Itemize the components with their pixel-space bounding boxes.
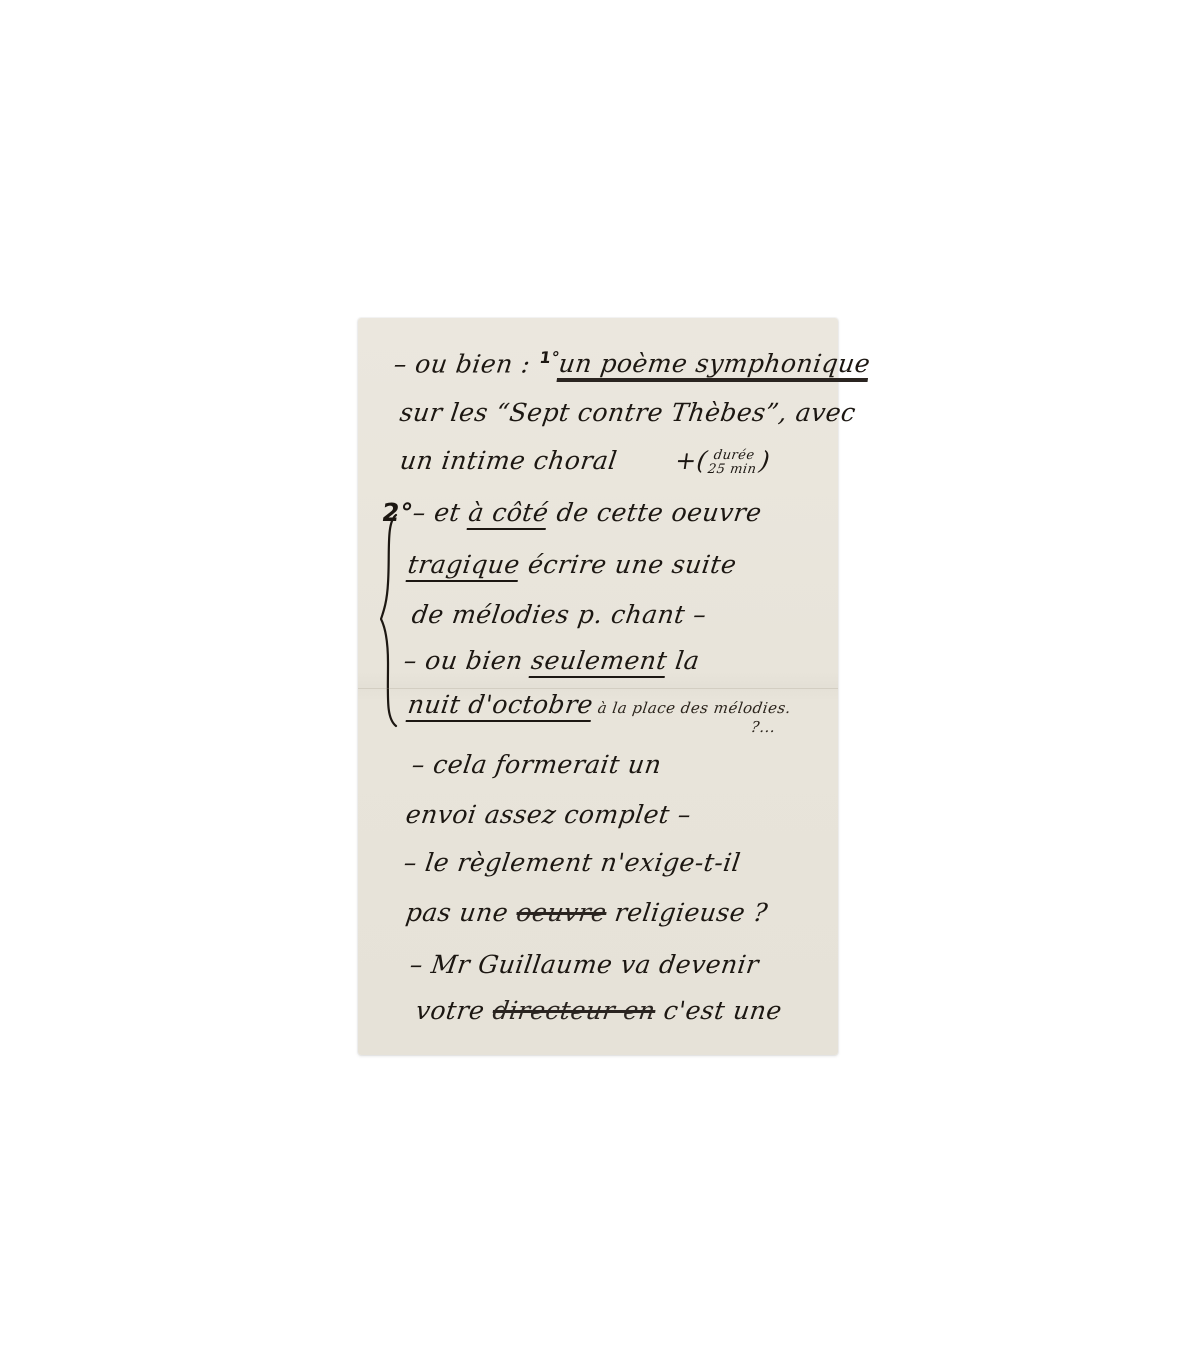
line-3-text: un intime choral bbox=[398, 446, 619, 475]
item-marker-1: 1° bbox=[538, 348, 561, 367]
line-5: tragique écrire une suite bbox=[406, 550, 738, 579]
line-13: – Mr Guillaume va devenir bbox=[408, 950, 761, 979]
line-8-margin-note: à la place des mélodies. bbox=[591, 699, 792, 717]
line-9: – cela formerait un bbox=[410, 750, 663, 779]
line-1: – ou bien : 1°un poème symphonique bbox=[392, 348, 872, 378]
curly-brace-mark bbox=[380, 513, 398, 728]
line-8: nuit d'octobre à la place des mélodies. bbox=[406, 690, 794, 719]
line-7-underlined: seulement bbox=[529, 646, 669, 678]
line-12: pas une oeuvre religieuse ? bbox=[404, 898, 770, 927]
line-10: envoi assez complet – bbox=[404, 800, 693, 829]
letter-page: – ou bien : 1°un poème symphonique sur l… bbox=[358, 318, 838, 1055]
line-7: – ou bien seulement la bbox=[402, 646, 701, 675]
line-3: un intime choral +(durée25 min) bbox=[398, 446, 772, 477]
line-14: votre directeur en c'est une bbox=[414, 996, 784, 1025]
line-2: sur les “Sept contre Thèbes”, avec bbox=[398, 398, 858, 427]
line-5-underlined: tragique bbox=[406, 550, 522, 582]
struck-word: oeuvre bbox=[515, 898, 609, 927]
line-8-underlined: nuit d'octobre bbox=[406, 690, 595, 722]
line-4-underlined: à côté bbox=[466, 498, 550, 530]
line-1-underlined: un poème symphonique bbox=[556, 349, 872, 382]
item-marker-2: 2° bbox=[380, 498, 415, 527]
struck-words: directeur en bbox=[491, 996, 658, 1025]
line-6: de mélodies p. chant – bbox=[410, 600, 708, 629]
line-11: – le règlement n'exige-t-il bbox=[402, 848, 742, 877]
line-4: 2°– et à côté de cette oeuvre bbox=[380, 498, 764, 527]
duration-note: durée25 min bbox=[707, 449, 759, 477]
photo-background: – ou bien : 1°un poème symphonique sur l… bbox=[0, 0, 1200, 1372]
line-1-prefix: – ou bien : bbox=[392, 349, 541, 378]
line-8-question-mark: ?... bbox=[750, 718, 777, 736]
